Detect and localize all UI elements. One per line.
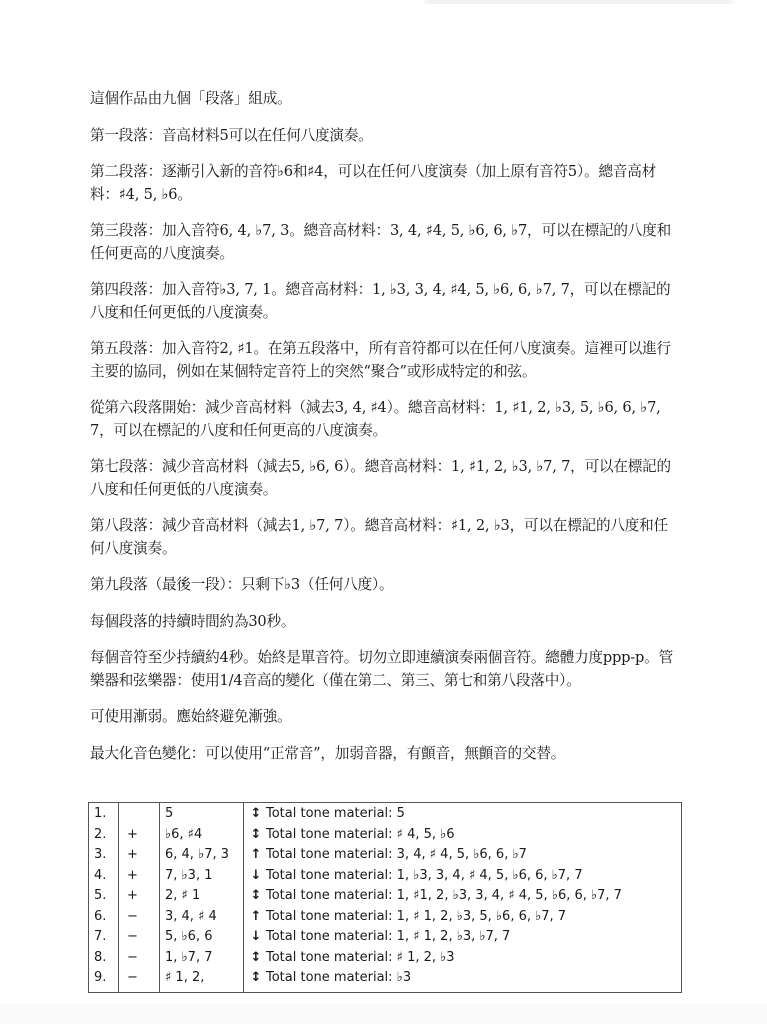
up-arrow-icon: ↑	[249, 845, 263, 866]
up-arrow-icon: ↑	[249, 907, 263, 928]
total-tone-material: Total tone material: ♯ 4, 5, ♭6	[266, 827, 455, 842]
table-row: 6.−3, 4, ♯ 4↑Total tone material: 1, ♯ 1…	[89, 907, 682, 928]
changed-tones: 3, 4, ♯ 4	[160, 907, 244, 928]
down-arrow-icon: ↓	[249, 866, 263, 887]
up-down-arrow-icon: ↕	[249, 804, 263, 825]
paragraph-section-2: 第二段落：逐漸引入新的音符♭6和♯4，可以在任何八度演奏（加上原有音符5）。總音…	[90, 161, 682, 206]
table-row: 8.−1, ♭7, 7↕Total tone material: ♯ 1, 2,…	[89, 948, 682, 969]
up-down-arrow-icon: ↕	[249, 948, 263, 969]
change-sign: +	[119, 845, 160, 866]
paragraph-section-7: 第七段落：減少音高材料（減去5, ♭6, 6）。總音高材料：1, ♯1, 2, …	[90, 456, 682, 501]
total-tone-material: Total tone material: ♭3	[266, 970, 411, 985]
section-number: 8.	[89, 948, 119, 969]
change-sign: −	[119, 927, 160, 948]
section-number: 7.	[89, 927, 119, 948]
change-sign	[119, 803, 160, 825]
change-sign: +	[119, 866, 160, 887]
tone-material-table-container: 1.5↕Total tone material: 52.+♭6, ♯4↕Tota…	[88, 802, 682, 993]
paragraph-section-9: 第九段落（最後一段）：只剩下♭3（任何八度）。	[90, 574, 682, 597]
total-tone-cell: ↓Total tone material: 1, ♭3, 3, 4, ♯ 4, …	[244, 866, 682, 887]
change-sign: +	[119, 825, 160, 846]
changed-tones: 7, ♭3, 1	[160, 866, 244, 887]
change-sign: −	[119, 948, 160, 969]
section-number: 9.	[89, 968, 119, 992]
table-row: 2.+♭6, ♯4↕Total tone material: ♯ 4, 5, ♭…	[89, 825, 682, 846]
table-row: 5.+2, ♯ 1↕Total tone material: 1, ♯1, 2,…	[89, 886, 682, 907]
total-tone-cell: ↕Total tone material: ♯ 4, 5, ♭6	[244, 825, 682, 846]
paragraph-section-5: 第五段落：加入音符2, ♯1。在第五段落中，所有音符都可以在任何八度演奏。這裡可…	[90, 338, 682, 383]
section-number: 1.	[89, 803, 119, 825]
section-number: 2.	[89, 825, 119, 846]
table-row: 9.−♯ 1, 2,↕Total tone material: ♭3	[89, 968, 682, 992]
total-tone-material: Total tone material: 1, ♭3, 3, 4, ♯ 4, 5…	[266, 868, 583, 883]
changed-tones: 5, ♭6, 6	[160, 927, 244, 948]
paragraph-section-4: 第四段落：加入音符♭3, 7, 1。總音高材料：1, ♭3, 3, 4, ♯4,…	[90, 279, 682, 324]
changed-tones: 1, ♭7, 7	[160, 948, 244, 969]
paragraph-section-3: 第三段落：加入音符6, 4, ♭7, 3。總音高材料：3, 4, ♯4, 5, …	[90, 220, 682, 265]
paragraph-section-6: 從第六段落開始：減少音高材料（減去3, 4, ♯4）。總音高材料：1, ♯1, …	[90, 397, 682, 442]
total-tone-cell: ↕Total tone material: ♯ 1, 2, ♭3	[244, 948, 682, 969]
down-arrow-icon: ↓	[249, 927, 263, 948]
table-row: 3.+6, 4, ♭7, 3↑Total tone material: 3, 4…	[89, 845, 682, 866]
table-row: 7.−5, ♭6, 6↓Total tone material: 1, ♯ 1,…	[89, 927, 682, 948]
document-body: 這個作品由九個「段落」組成。 第一段落：音高材料5可以在任何八度演奏。 第二段落…	[90, 88, 682, 779]
paragraph-timbre: 最大化音色變化：可以使用“正常音”，加弱音器，有顫音，無顫音的交替。	[90, 743, 682, 766]
paragraph-duration: 每個段落的持續時間約為30秒。	[90, 611, 682, 634]
total-tone-cell: ↕Total tone material: 5	[244, 803, 682, 825]
changed-tones: ♭6, ♯4	[160, 825, 244, 846]
bottom-page-edge	[0, 1004, 767, 1024]
changed-tones: 5	[160, 803, 244, 825]
change-sign: −	[119, 907, 160, 928]
total-tone-cell: ↑Total tone material: 1, ♯ 1, 2, ♭3, 5, …	[244, 907, 682, 928]
tone-material-table: 1.5↕Total tone material: 52.+♭6, ♯4↕Tota…	[88, 802, 682, 993]
total-tone-material: Total tone material: 5	[266, 806, 405, 821]
up-down-arrow-icon: ↕	[249, 968, 263, 989]
changed-tones: 6, 4, ♭7, 3	[160, 845, 244, 866]
section-number: 4.	[89, 866, 119, 887]
total-tone-material: Total tone material: ♯ 1, 2, ♭3	[266, 950, 455, 965]
change-sign: +	[119, 886, 160, 907]
total-tone-cell: ↕Total tone material: 1, ♯1, 2, ♭3, 3, 4…	[244, 886, 682, 907]
section-number: 5.	[89, 886, 119, 907]
changed-tones: ♯ 1, 2,	[160, 968, 244, 992]
paragraph-section-8: 第八段落：減少音高材料（減去1, ♭7, 7）。總音高材料：♯1, 2, ♭3，…	[90, 515, 682, 560]
total-tone-cell: ↕Total tone material: ♭3	[244, 968, 682, 992]
total-tone-cell: ↓Total tone material: 1, ♯ 1, 2, ♭3, ♭7,…	[244, 927, 682, 948]
paragraph-note-rules: 每個音符至少持續約4秒。始終是單音符。切勿立即連續演奏兩個音符。總體力度ppp-…	[90, 647, 682, 692]
section-number: 3.	[89, 845, 119, 866]
paragraph-intro: 這個作品由九個「段落」組成。	[90, 88, 682, 111]
changed-tones: 2, ♯ 1	[160, 886, 244, 907]
paragraph-dynamics: 可使用漸弱。應始終避免漸強。	[90, 706, 682, 729]
total-tone-material: Total tone material: 3, 4, ♯ 4, 5, ♭6, 6…	[266, 847, 527, 862]
change-sign: −	[119, 968, 160, 992]
total-tone-material: Total tone material: 1, ♯ 1, 2, ♭3, 5, ♭…	[266, 909, 566, 924]
total-tone-material: Total tone material: 1, ♯ 1, 2, ♭3, ♭7, …	[266, 929, 510, 944]
up-down-arrow-icon: ↕	[249, 886, 263, 907]
table-row: 1.5↕Total tone material: 5	[89, 803, 682, 825]
total-tone-material: Total tone material: 1, ♯1, 2, ♭3, 3, 4,…	[266, 888, 622, 903]
up-down-arrow-icon: ↕	[249, 825, 263, 846]
section-number: 6.	[89, 907, 119, 928]
table-row: 4.+7, ♭3, 1↓Total tone material: 1, ♭3, …	[89, 866, 682, 887]
paragraph-section-1: 第一段落：音高材料5可以在任何八度演奏。	[90, 125, 682, 148]
total-tone-cell: ↑Total tone material: 3, 4, ♯ 4, 5, ♭6, …	[244, 845, 682, 866]
top-page-edge	[0, 0, 767, 4]
